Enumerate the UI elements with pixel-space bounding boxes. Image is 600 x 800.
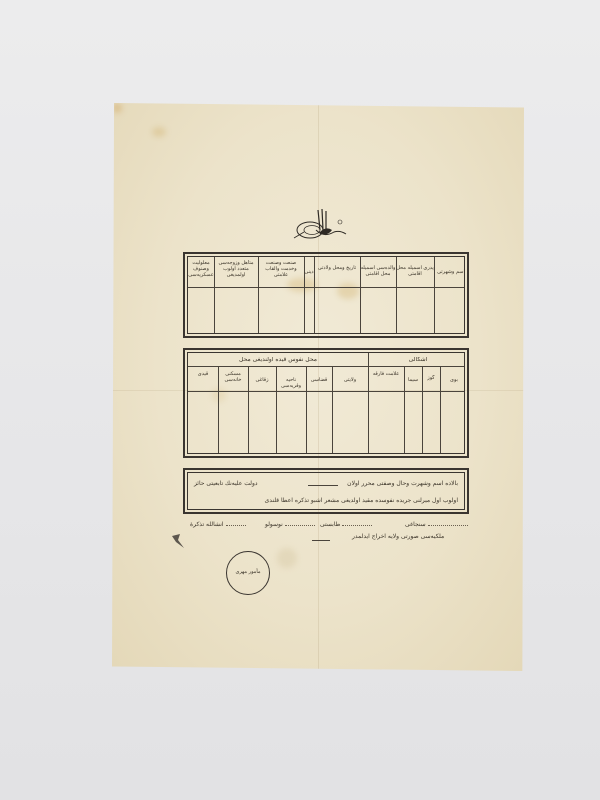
group-header-description: اشکالی bbox=[368, 357, 468, 363]
declaration-line2: اولوب اول میرلنی جریده نفوسده مقید اولدی… bbox=[265, 497, 458, 504]
header-profession: صنعت وصنعت وخدمت والقاب علامتی bbox=[258, 260, 304, 278]
header-eye: گوز bbox=[422, 375, 440, 381]
group-column-divider bbox=[368, 353, 369, 453]
footer-label: انشالله تذکرهٔ bbox=[190, 521, 224, 528]
seal-label: مأمور مهری bbox=[227, 569, 269, 575]
header-mother: والده‌سی اسمیله محل اقامتی bbox=[360, 265, 396, 277]
stain bbox=[277, 548, 297, 568]
header-name: اسم وشهرتی bbox=[434, 269, 468, 275]
group-header-registry: محل نفوس قیده اولندیغی محل bbox=[188, 357, 368, 363]
header-marital: متأهل وزوجه‌سی متعدد اولوب اولمدیغی bbox=[214, 260, 258, 278]
declaration-blank bbox=[308, 485, 338, 486]
header-father: پدری اسمیله محل اقامتی bbox=[396, 265, 434, 277]
ink-mark bbox=[170, 532, 186, 550]
physical-description-table: اشکالی محل نفوس قیده اولندیغی محل بوی گو… bbox=[183, 348, 469, 458]
signature-line bbox=[312, 540, 330, 541]
footer-field-nosolu: نوسولو bbox=[265, 521, 315, 528]
footer-label: سنجاغی bbox=[405, 521, 426, 528]
footer-label: نوسولو bbox=[265, 521, 283, 528]
header-street: زقاغی bbox=[248, 377, 276, 383]
footer-field-sanjak: سنجاغی bbox=[405, 521, 468, 528]
header-birth: تاریخ ومحل ولادتی bbox=[314, 265, 360, 271]
footer-note: ملکیه‌سی صورتی ولایه اخراج ایدلمدر bbox=[352, 533, 444, 540]
footer-field-tezkere: انشالله تذکرهٔ bbox=[190, 521, 246, 528]
header-military: معلولیت وصنوف عسکریه‌سی bbox=[188, 260, 214, 278]
header-face: سیما bbox=[404, 377, 422, 383]
header-height: بوی bbox=[440, 377, 468, 383]
header-district: قضاسی bbox=[306, 377, 332, 383]
header-divider bbox=[188, 287, 464, 288]
tughra-icon bbox=[290, 208, 350, 242]
header-province: ولایتی bbox=[332, 377, 368, 383]
footer-field-tabasi: طابستی bbox=[320, 521, 372, 528]
header-residence: مسکنی خانه‌سی bbox=[218, 371, 248, 383]
header-record: قیدی bbox=[188, 371, 218, 377]
official-seal: مأمور مهری bbox=[226, 551, 270, 595]
footer-label: طابستی bbox=[320, 521, 340, 528]
header-distinguishing-mark: علامت فارقه bbox=[368, 371, 404, 377]
header-village: ناحیه وقریه‌سی bbox=[276, 377, 306, 389]
declaration-line1-left: دولت علیه‌نك تابعیتی حائز bbox=[194, 480, 258, 487]
stain bbox=[152, 127, 166, 137]
personal-info-table: اسم وشهرتی پدری اسمیله محل اقامتی والده‌… bbox=[183, 252, 469, 338]
declaration-line1-right: بالاده اسم وشهرت وحال وصفتی محرر اولان bbox=[347, 480, 458, 487]
declaration-box: بالاده اسم وشهرت وحال وصفتی محرر اولان د… bbox=[183, 468, 469, 514]
header-religion: دینی bbox=[304, 269, 314, 275]
